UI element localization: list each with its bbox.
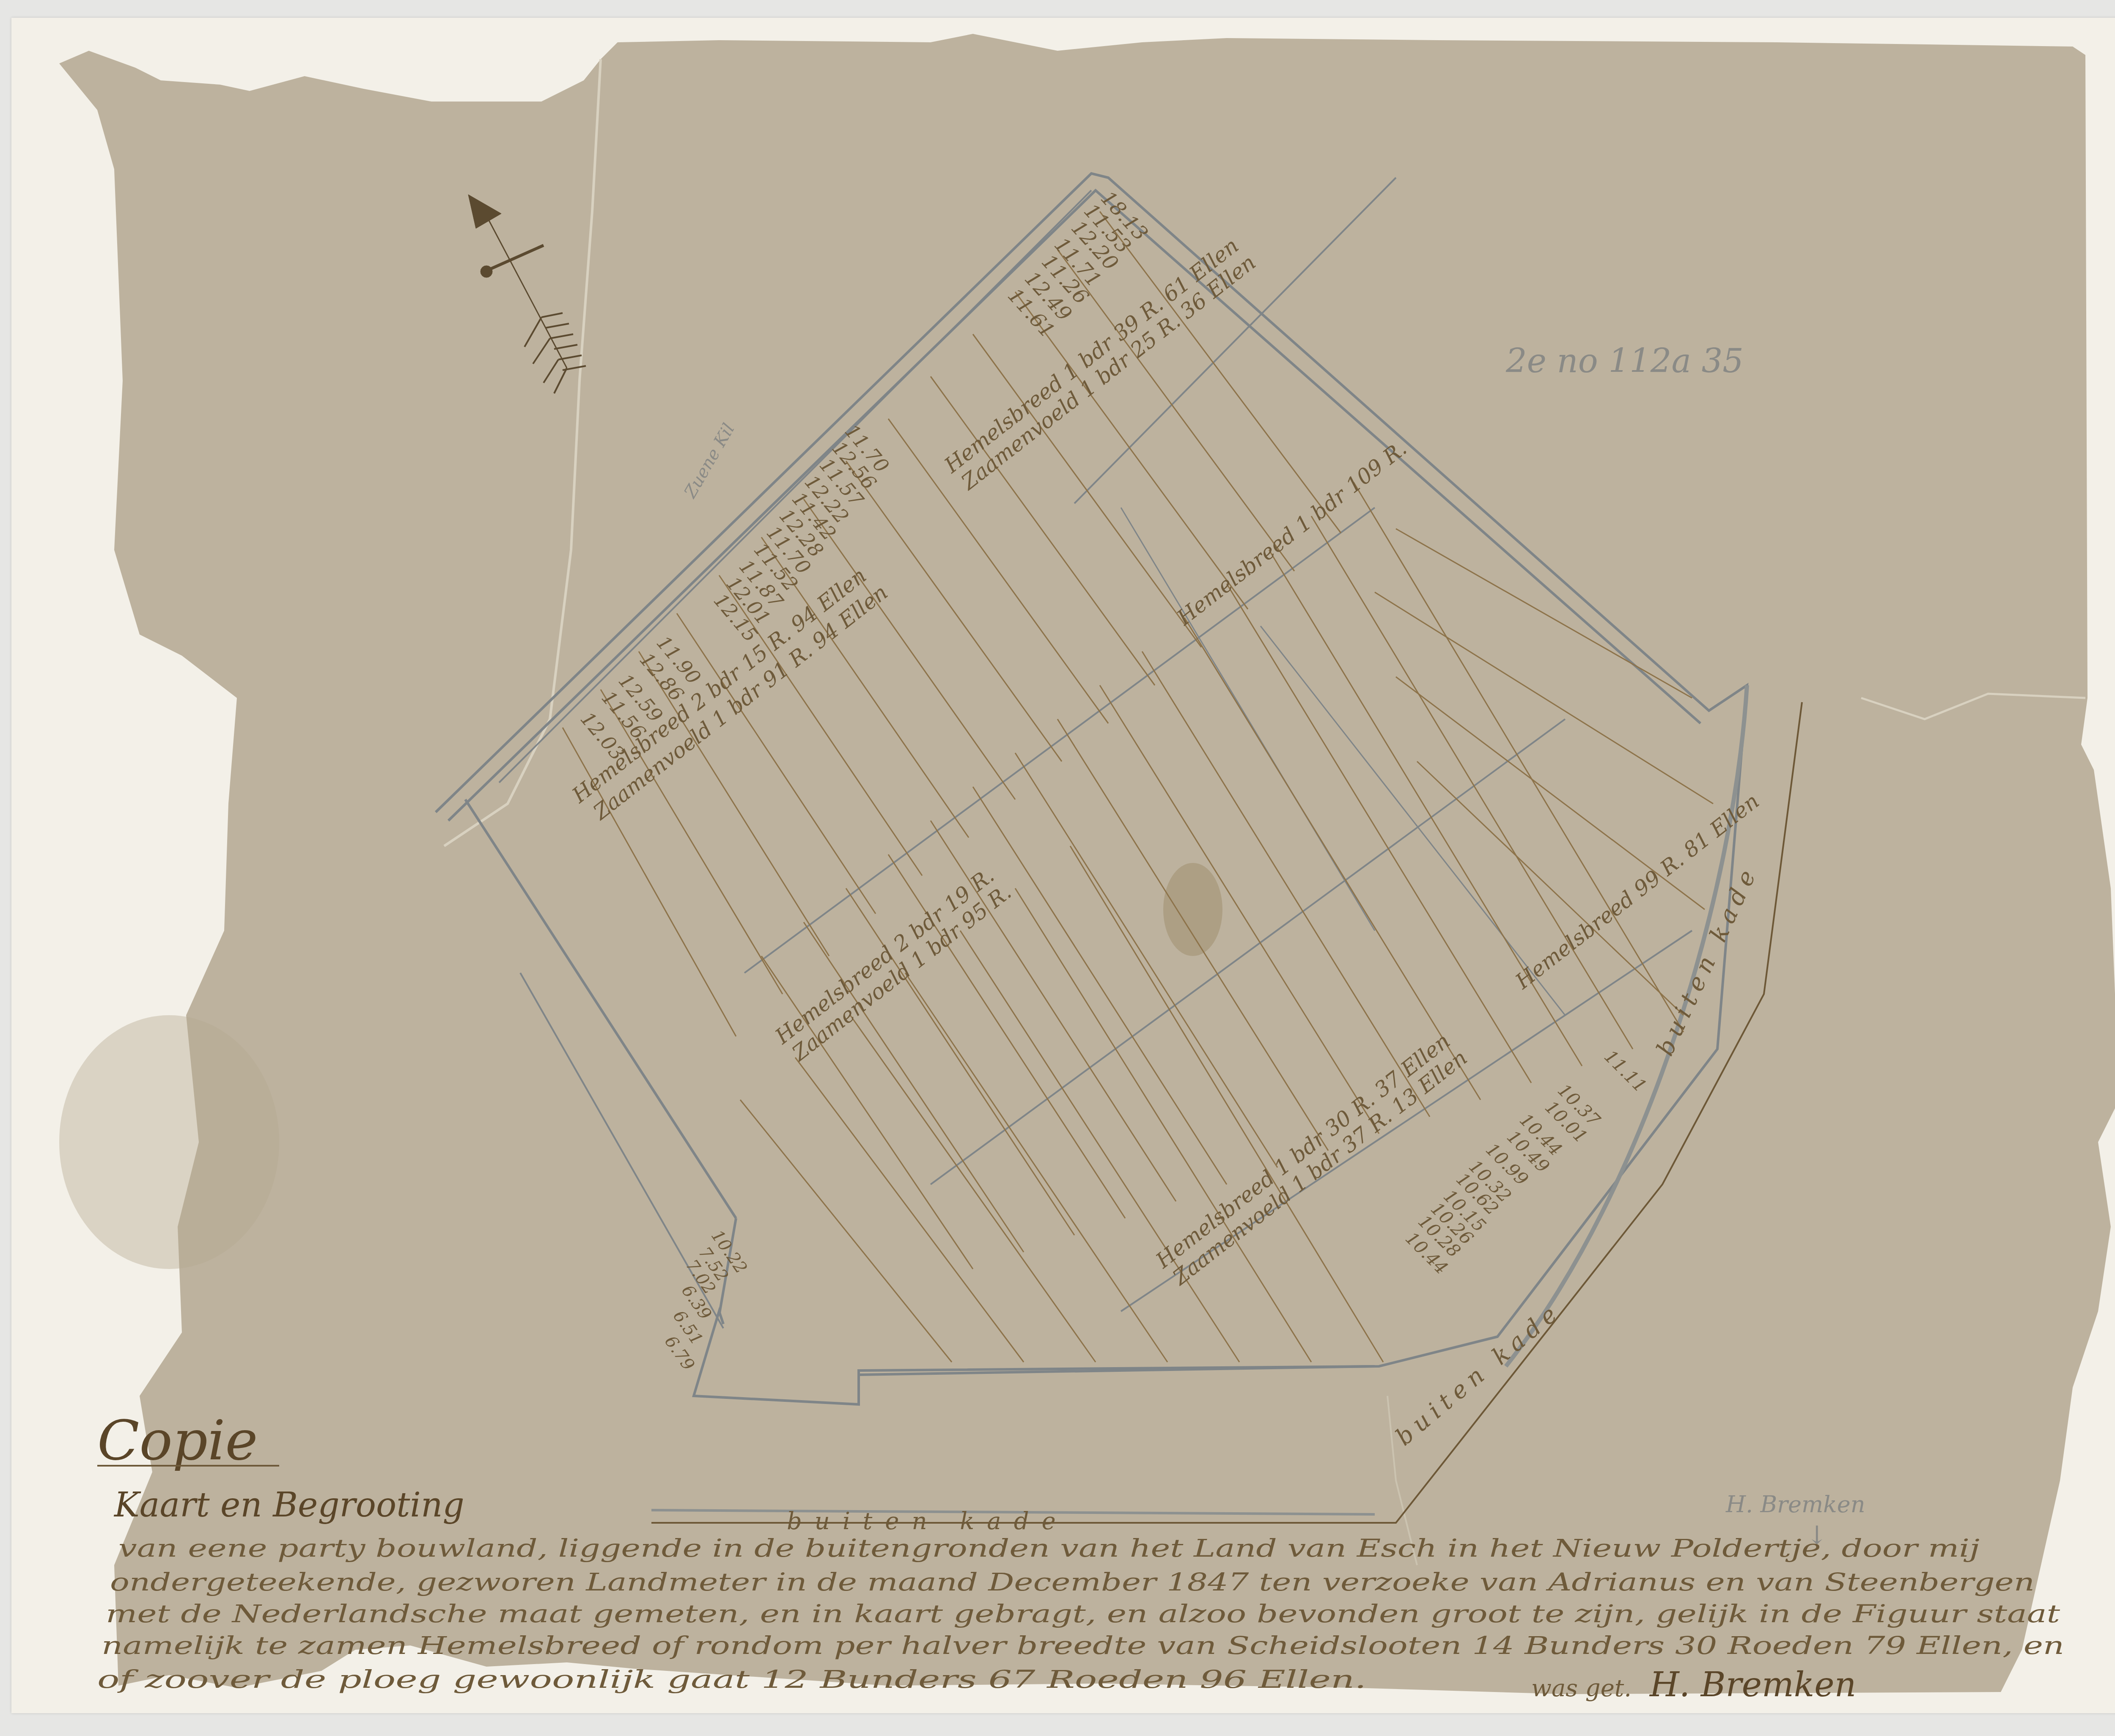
caption-line: ondergeteekende, gezworen Landmeter in d… <box>110 1568 2035 1596</box>
pencil-name-annotation: H. Bremken <box>1725 1491 1865 1518</box>
caption-subheading: Kaart en Begrooting <box>113 1485 464 1524</box>
stain <box>59 1015 279 1269</box>
caption-line: van eene party bouwland, liggende in de … <box>118 1534 1980 1563</box>
map-document: 18.13 11.53 12.20 11.71 11.26 12.49 11.6… <box>0 0 2115 1736</box>
stain <box>1163 863 1222 956</box>
label-buiten-kade-bottom: buiten kade <box>787 1508 1068 1535</box>
caption-line: met de Nederlandsche maat gemeten, en in… <box>106 1599 2060 1628</box>
caption-heading: Copie <box>97 1408 258 1472</box>
map-canvas: 18.13 11.53 12.20 11.71 11.26 12.49 11.6… <box>0 0 2115 1736</box>
caption-line: of zoover de ploeg gewoonlijk gaat 12 Bu… <box>97 1665 1366 1694</box>
signature-prefix: was get. <box>1531 1675 1632 1702</box>
caption-line: namelijk te zamen Hemelsbreed of rondom … <box>102 1631 2064 1660</box>
archive-number: 2e no 112a 35 <box>1505 342 1744 380</box>
signature: H. Bremken <box>1649 1665 1856 1704</box>
